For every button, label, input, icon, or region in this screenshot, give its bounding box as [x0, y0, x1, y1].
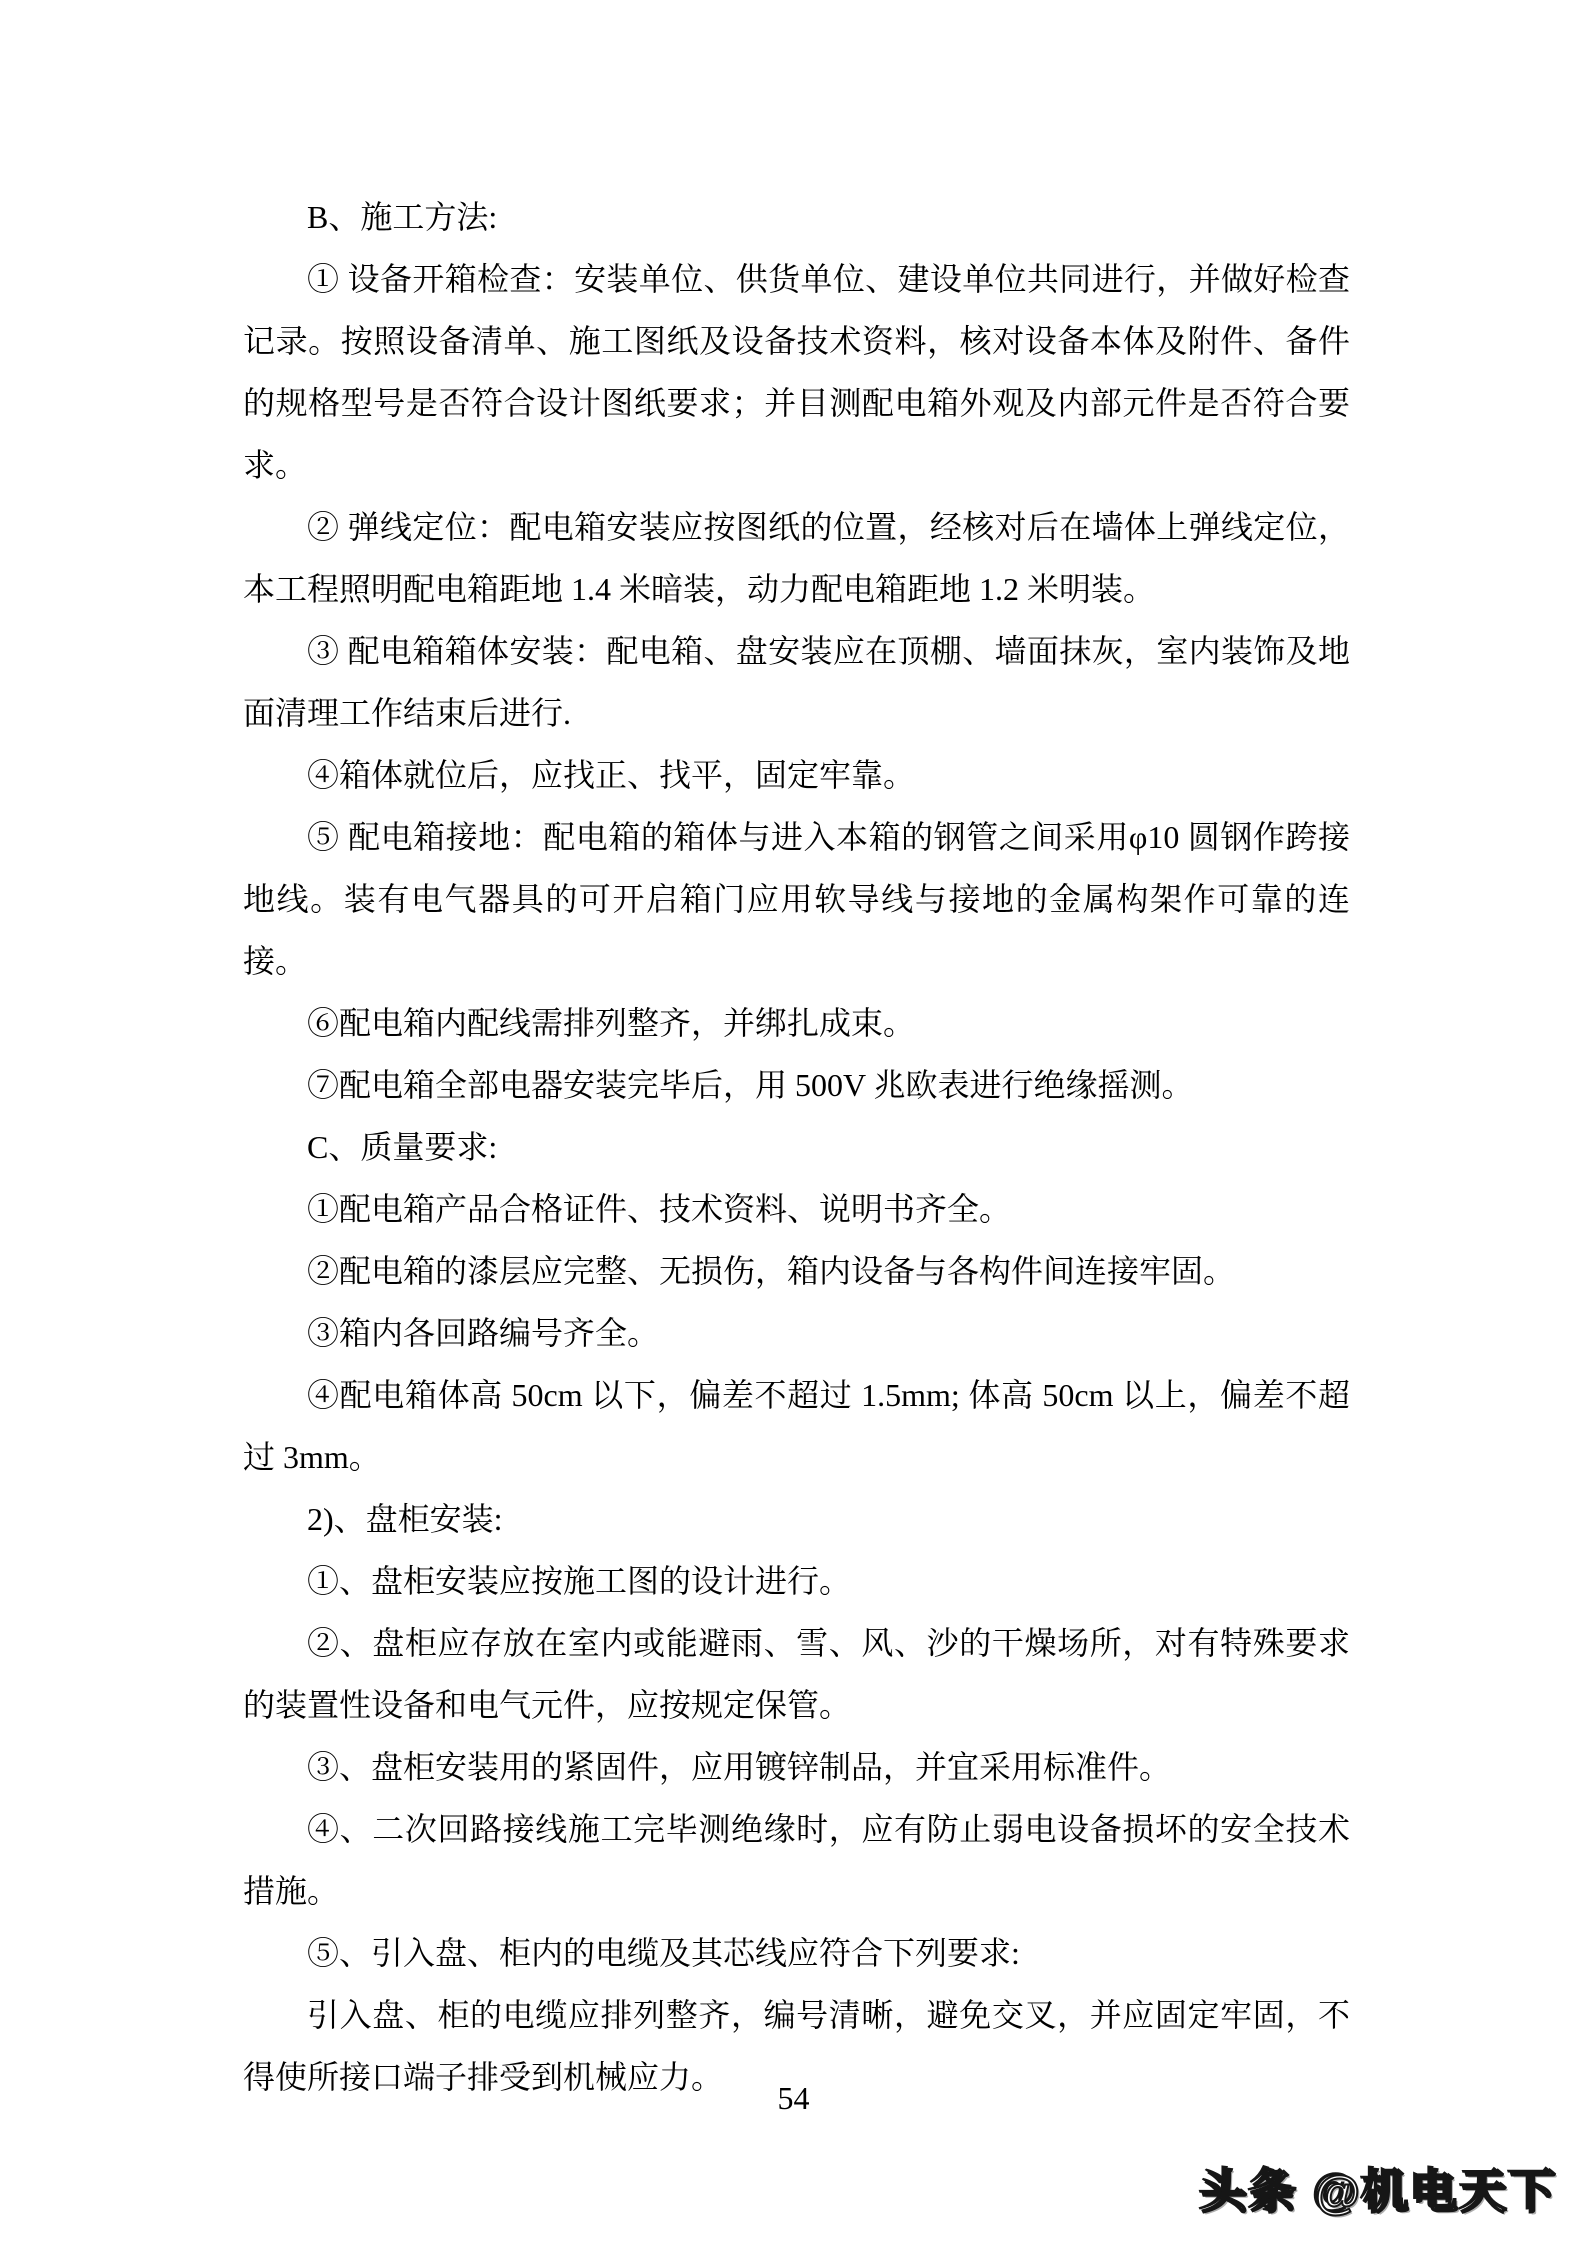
- paragraph: ① 设备开箱检查：安装单位、供货单位、建设单位共同进行，并做好检查记录。按照设备…: [243, 248, 1350, 496]
- paragraph: ②、盘柜应存放在室内或能避雨、雪、风、沙的干燥场所，对有特殊要求的装置性设备和电…: [243, 1612, 1350, 1736]
- paragraph: ⑤、引入盘、柜内的电缆及其芯线应符合下列要求:: [243, 1922, 1350, 1984]
- paragraph: ⑦配电箱全部电器安装完毕后，用 500V 兆欧表进行绝缘摇测。: [243, 1054, 1350, 1116]
- document-page: B、施工方法:① 设备开箱检查：安装单位、供货单位、建设单位共同进行，并做好检查…: [0, 0, 1587, 2245]
- paragraph: 2)、盘柜安装:: [243, 1488, 1350, 1550]
- paragraph: ④配电箱体高 50cm 以下，偏差不超过 1.5mm; 体高 50cm 以上，偏…: [243, 1364, 1350, 1488]
- page-number: 54: [0, 2080, 1587, 2116]
- paragraph: B、施工方法:: [243, 186, 1350, 248]
- paragraph: C、质量要求:: [243, 1116, 1350, 1178]
- paragraph: ⑤ 配电箱接地：配电箱的箱体与进入本箱的钢管之间采用φ10 圆钢作跨接地线。装有…: [243, 806, 1350, 992]
- paragraph: ①配电箱产品合格证件、技术资料、说明书齐全。: [243, 1178, 1350, 1240]
- paragraph: ④箱体就位后，应找正、找平，固定牢靠。: [243, 744, 1350, 806]
- paragraph: ①、盘柜安装应按施工图的设计进行。: [243, 1550, 1350, 1612]
- paragraph: ③、盘柜安装用的紧固件，应用镀锌制品，并宜采用标准件。: [243, 1736, 1350, 1798]
- document-body: B、施工方法:① 设备开箱检查：安装单位、供货单位、建设单位共同进行，并做好检查…: [243, 186, 1350, 2108]
- paragraph: ③箱内各回路编号齐全。: [243, 1302, 1350, 1364]
- watermark: 头条 @机电天下: [1201, 2156, 1559, 2222]
- paragraph: ③ 配电箱箱体安装：配电箱、盘安装应在顶棚、墙面抹灰，室内装饰及地面清理工作结束…: [243, 620, 1350, 744]
- paragraph: ② 弹线定位：配电箱安装应按图纸的位置，经核对后在墙体上弹线定位，本工程照明配电…: [243, 496, 1350, 620]
- paragraph: ④、二次回路接线施工完毕测绝缘时，应有防止弱电设备损坏的安全技术措施。: [243, 1798, 1350, 1922]
- paragraph: ⑥配电箱内配线需排列整齐，并绑扎成束。: [243, 992, 1350, 1054]
- paragraph: ②配电箱的漆层应完整、无损伤，箱内设备与各构件间连接牢固。: [243, 1240, 1350, 1302]
